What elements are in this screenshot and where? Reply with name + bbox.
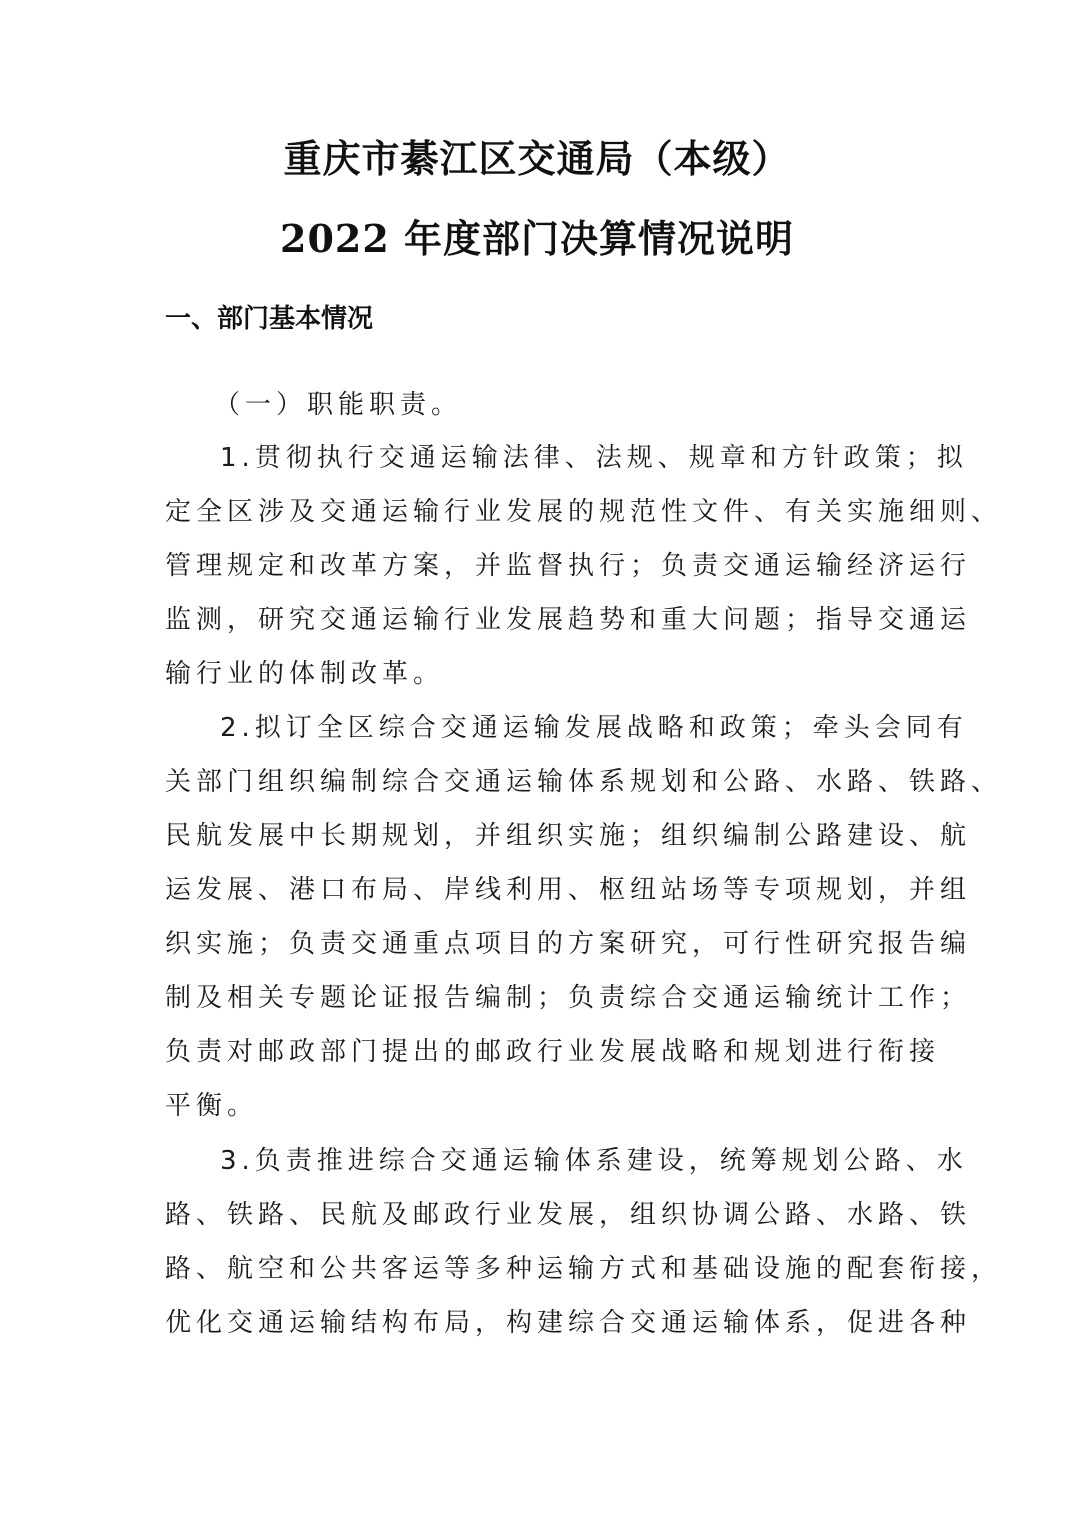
paragraph-line: 路、铁路、民航及邮政行业发展，组织协调公路、水路、铁: [165, 1202, 971, 1228]
paragraph-line: 3.负责推进综合交通运输体系建设，统筹规划公路、水: [220, 1148, 968, 1174]
paragraph-line: 关部门组织编制综合交通运输体系规划和公路、水路、铁路、: [165, 769, 1002, 795]
section-heading: 一、部门基本情况: [165, 306, 373, 332]
paragraph-line: 1.贯彻执行交通运输法律、法规、规章和方针政策；拟: [220, 445, 968, 471]
paragraph-line: 2.拟订全区综合交通运输发展战略和政策；牵头会同有: [220, 715, 968, 741]
paragraph-line: 优化交通运输结构布局，构建综合交通运输体系，促进各种: [165, 1310, 971, 1336]
paragraph-line: 输行业的体制改革。: [165, 661, 444, 687]
paragraph-line: 平衡。: [165, 1093, 258, 1119]
paragraph-line: 定全区涉及交通运输行业发展的规范性文件、有关实施细则、: [165, 499, 1002, 525]
paragraph-line: 路、航空和公共客运等多种运输方式和基础设施的配套衔接，: [165, 1256, 1002, 1282]
paragraph-line: 负责对邮政部门提出的邮政行业发展战略和规划进行衔接: [165, 1039, 940, 1065]
paragraph-line: 织实施；负责交通重点项目的方案研究，可行性研究报告编: [165, 931, 971, 957]
document-page: 重庆市綦江区交通局（本级） 2022 年度部门决算情况说明 一、部门基本情况 （…: [0, 0, 1074, 1520]
document-title-line-1: 重庆市綦江区交通局（本级）: [0, 140, 1074, 178]
subsection-heading: （一）职能职责。: [214, 392, 462, 418]
paragraph-line: 监测，研究交通运输行业发展趋势和重大问题；指导交通运: [165, 607, 971, 633]
paragraph-line: 民航发展中长期规划，并组织实施；组织编制公路建设、航: [165, 823, 971, 849]
paragraph-line: 制及相关专题论证报告编制；负责综合交通运输统计工作；: [165, 985, 971, 1011]
paragraph-line: 运发展、港口布局、岸线利用、枢纽站场等专项规划，并组: [165, 877, 971, 903]
paragraph-line: 管理规定和改革方案，并监督执行；负责交通运输经济运行: [165, 553, 971, 579]
document-title-line-2: 2022 年度部门决算情况说明: [0, 220, 1074, 258]
